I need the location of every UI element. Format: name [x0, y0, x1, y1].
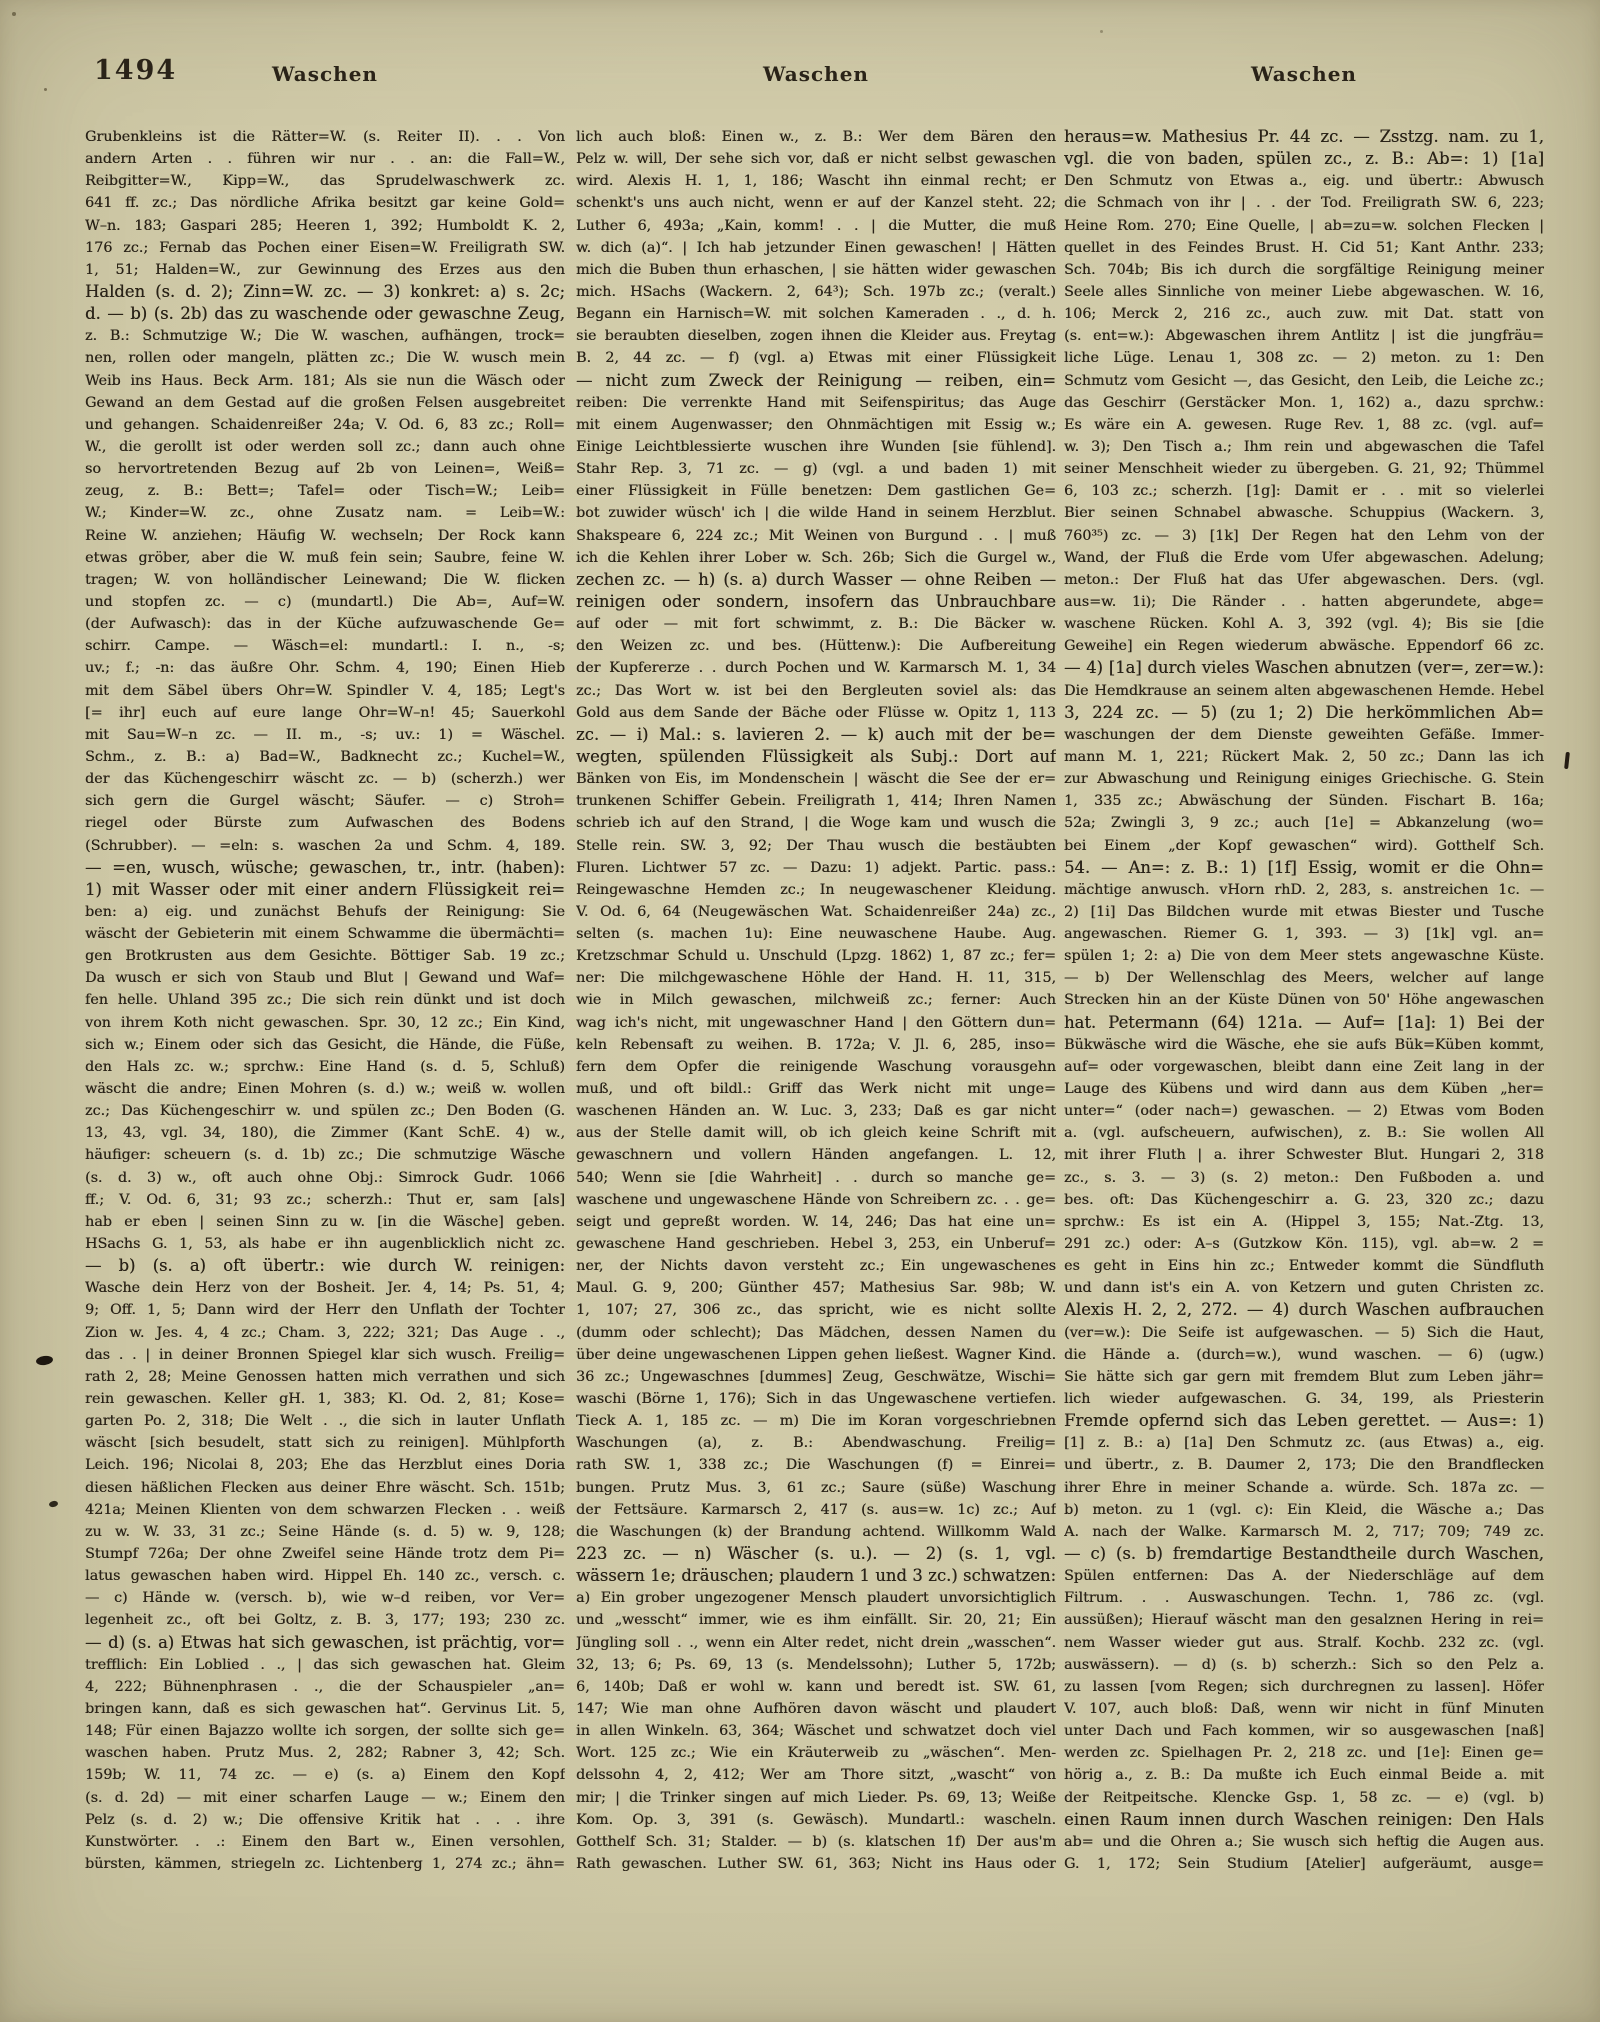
text-line: — d) (s. a) Etwas hat sich gewaschen, is… — [85, 1632, 565, 1654]
text-line: gewaschene Hand geschrieben. Hebel 3, 25… — [576, 1233, 1056, 1255]
text-line: 159b; W. 11, 74 zc. — e) (s. a) Einem de… — [85, 1764, 565, 1786]
text-line: 148; Für einen Bajazzo wollte ich sorgen… — [85, 1720, 565, 1742]
text-line: schirr. Campe. — Wäsch=el: mundartl.: I.… — [85, 635, 565, 657]
text-line: wegten, spülenden Flüssigkeit als Subj.:… — [576, 746, 1056, 768]
text-line: 9; Off. 1, 5; Dann wird der Herr den Unf… — [85, 1299, 565, 1321]
text-line: lich wieder aufgewaschen. G. 34, 199, al… — [1064, 1388, 1544, 1410]
text-line: angewaschen. Riemer G. 1, 393. — 3) [1k]… — [1064, 923, 1544, 945]
text-line: bot zuwider wüsch' ich | die wilde Hand … — [576, 502, 1056, 524]
ink-blot-left-margin — [35, 1355, 53, 1366]
text-line: ab= und die Ohren a.; Sie wusch sich hef… — [1064, 1831, 1544, 1853]
text-line: rath SW. 1, 338 zc.; Die Waschungen (f) … — [576, 1454, 1056, 1476]
paper-speck — [12, 12, 16, 16]
text-line: 223 zc. — n) Wäscher (s. u.). — 2) (s. 1… — [576, 1543, 1056, 1565]
text-line: — nicht zum Zweck der Reinigung — reiben… — [576, 370, 1056, 392]
text-line: Da wusch er sich von Staub und Blut | Ge… — [85, 967, 565, 989]
text-line: Bänken von Eis, im Mondenschein | wäscht… — [576, 768, 1056, 790]
text-line: delssohn 4, 2, 412; Wer am Thore sitzt, … — [576, 1764, 1056, 1786]
text-line: gewaschnern und vollern Händen angefange… — [576, 1144, 1056, 1166]
text-line: mir; | die Trinker singen auf mich Liede… — [576, 1787, 1056, 1809]
text-line: reiben: Die verrenkte Hand mit Seifenspi… — [576, 392, 1056, 414]
text-line: V. 107, auch bloß: Daß, wenn wir nicht i… — [1064, 1698, 1544, 1720]
text-line: 54. — An=: z. B.: 1) [1f] Essig, womit e… — [1064, 857, 1544, 879]
text-line: 421a; Meinen Klienten von dem schwarzen … — [85, 1499, 565, 1521]
text-line: so hervortretenden Bezug auf 2b von Lein… — [85, 458, 565, 480]
text-line: G. 1, 172; Sein Studium [Atelier] aufger… — [1064, 1853, 1544, 1875]
text-line: einen Raum innen durch Waschen reinigen:… — [1064, 1809, 1544, 1831]
text-line: Kom. Op. 3, 391 (s. Gewäsch). Mundartl.:… — [576, 1809, 1056, 1831]
text-line: 52a; Zwingli 3, 9 zc.; auch [1e] = Abkan… — [1064, 812, 1544, 834]
text-line: Pelz w. will, Der sehe sich vor, daß er … — [576, 148, 1056, 170]
text-line: Tieck A. 1, 185 zc. — m) Die im Koran vo… — [576, 1410, 1056, 1432]
text-line: 1, 107; 27, 306 zc., das spricht, wie es… — [576, 1299, 1056, 1321]
text-line: Fluren. Lichtwer 57 zc. — Dazu: 1) adjek… — [576, 857, 1056, 879]
paper-speck — [44, 88, 47, 91]
text-line: W–n. 183; Gaspari 285; Heeren 1, 392; Hu… — [85, 215, 565, 237]
text-line: waschene Rücken. Kohl A. 3, 392 (vgl. 4)… — [1064, 613, 1544, 635]
text-line: legenheit zc., oft bei Goltz, z. B. 3, 1… — [85, 1609, 565, 1631]
text-line: waschungen der dem Dienste geweihten Gef… — [1064, 724, 1544, 746]
text-line: Leich. 196; Nicolai 8, 203; Ehe das Herz… — [85, 1454, 565, 1476]
text-line: Filtrum. . . Auswaschungen. Techn. 1, 78… — [1064, 1587, 1544, 1609]
text-line: — b) (s. a) oft übertr.: wie durch W. re… — [85, 1255, 565, 1277]
text-line: der das Küchengeschirr wäscht zc. — b) (… — [85, 768, 565, 790]
text-line: HSachs G. 1, 53, als habe er ihn augenbl… — [85, 1233, 565, 1255]
text-line: Lauge des Kübens und wird dann aus dem K… — [1064, 1078, 1544, 1100]
text-line: hörig a., z. B.: Da mußte ich Euch einma… — [1064, 1764, 1544, 1786]
text-line: Reingewaschne Hemden zc.; In neugewasche… — [576, 879, 1056, 901]
text-line: 36 zc.; Ungewaschnes [dummes] Zeug, Gesc… — [576, 1366, 1056, 1388]
text-line: ff.; V. Od. 6, 31; 93 zc.; scherzh.: Thu… — [85, 1189, 565, 1211]
text-line: waschene und ungewaschene Hände von Schr… — [576, 1189, 1056, 1211]
text-line: riegel oder Bürste zum Aufwaschen des Bo… — [85, 812, 565, 834]
text-line: lich auch bloß: Einen w., z. B.: Wer dem… — [576, 126, 1056, 148]
text-line: latus gewaschen haben wird. Hippel Eh. 1… — [85, 1565, 565, 1587]
text-line: meton.: Der Fluß hat das Ufer abgewasche… — [1064, 569, 1544, 591]
text-line: 1) mit Wasser oder mit einer andern Flüs… — [85, 879, 565, 901]
text-line: bungen. Prutz Mus. 3, 61 zc.; Saure (süß… — [576, 1477, 1056, 1499]
text-line: Schm., z. B.: a) Bad=W., Badknecht zc.; … — [85, 746, 565, 768]
text-line: Gotthelf Sch. 31; Stalder. — b) (s. klat… — [576, 1831, 1056, 1853]
text-line: 13, 43, vgl. 34, 180), die Zimmer (Kant … — [85, 1122, 565, 1144]
text-line: Sch. 704b; Bis ich durch die sorgfältige… — [1064, 259, 1544, 281]
text-line: andern Arten . . führen wir nur . . an: … — [85, 148, 565, 170]
text-line: zu w. W. 33, 31 zc.; Seine Hände (s. d. … — [85, 1521, 565, 1543]
text-line: Luther 6, 493a; „Kain, komm! . . | die M… — [576, 215, 1056, 237]
text-line: Einige Leichtblessierte wuschen ihre Wun… — [576, 436, 1056, 458]
text-line: mit dem Säbel übers Ohr=W. Spindler V. 4… — [85, 680, 565, 702]
text-line: Heine Rom. 270; Eine Quelle, | ab=zu=w. … — [1064, 215, 1544, 237]
text-line: mich die Buben thun erhaschen, | sie hät… — [576, 259, 1056, 281]
text-line: a) Ein grober ungezogener Mensch plauder… — [576, 1587, 1056, 1609]
text-line: 147; Wie man ohne Aufhören davon wäscht … — [576, 1698, 1056, 1720]
text-line: — =en, wusch, wüsche; gewaschen, tr., in… — [85, 857, 565, 879]
text-line: (s. ent=w.): Abgewaschen ihrem Antlitz |… — [1064, 325, 1544, 347]
text-line: a. (vgl. aufscheuern, aufwischen), z. B.… — [1064, 1122, 1544, 1144]
text-line: Schmutz vom Gesicht —, das Gesicht, den … — [1064, 370, 1544, 392]
text-line: [= ihr] euch auf eure lange Ohr=W–n! 45;… — [85, 702, 565, 724]
text-line: Stelle rein. SW. 3, 92; Der Thau wusch d… — [576, 835, 1056, 857]
text-line: Den Schmutz von Etwas a., eig. und übert… — [1064, 170, 1544, 192]
text-line: häufiger: scheuern (s. d. 1b) zc.; Die s… — [85, 1144, 565, 1166]
text-line: Geweihe] ein Regen wiederum abwäsche. Ep… — [1064, 635, 1544, 657]
text-line: auf oder — mit fort schwimmt, z. B.: Die… — [576, 613, 1056, 635]
text-line: w. 3); Den Tisch a.; Ihm rein und abgewa… — [1064, 436, 1544, 458]
text-line: 6, 103 zc.; scherzh. [1g]: Damit er . . … — [1064, 480, 1544, 502]
text-line: wie in Milch gewaschen, milchweiß zc.; f… — [576, 989, 1056, 1011]
text-line: 2) [1i] Das Bildchen wurde mit etwas Bie… — [1064, 901, 1544, 923]
text-line: das Geschirr (Gerstäcker Mon. 1, 162) a.… — [1064, 392, 1544, 414]
text-line: Shakspeare 6, 224 zc.; Mit Weinen von Bu… — [576, 525, 1056, 547]
text-line: schrieb ich auf den Strand, | die Woge k… — [576, 812, 1056, 834]
text-line: keln Rebensaft zu weihen. B. 172a; V. Jl… — [576, 1034, 1056, 1056]
text-line: Bükwäsche wird die Wäsche, ehe sie aufs … — [1064, 1034, 1544, 1056]
text-line: aus=w. 1i); Die Ränder . . hatten abgeru… — [1064, 591, 1544, 613]
text-line: bürsten, kämmen, striegeln zc. Lichtenbe… — [85, 1853, 565, 1875]
text-line: hat. Petermann (64) 121a. — Auf= [1a]: 1… — [1064, 1012, 1544, 1034]
text-line: aus der Stelle damit will, ob ich gleich… — [576, 1122, 1056, 1144]
text-line: Kretzschmar Schuld u. Unschuld (Lpzg. 18… — [576, 945, 1056, 967]
text-line: 641 ff. zc.; Das nördliche Afrika besitz… — [85, 192, 565, 214]
text-line: trefflich: Ein Loblied . ., | das sich g… — [85, 1654, 565, 1676]
text-line: von ihrem Koth nicht gewaschen. Spr. 30,… — [85, 1012, 565, 1034]
text-line: diesen häßlichen Flecken aus deiner Ehre… — [85, 1477, 565, 1499]
text-line: waschenen Händen an. W. Luc. 3, 233; Daß… — [576, 1100, 1056, 1122]
text-line: w. dich (a)“. | Ich hab jetzunder Einen … — [576, 237, 1056, 259]
text-line: heraus=w. Mathesius Pr. 44 zc. — Zsstzg.… — [1064, 126, 1544, 148]
text-line: 291 zc.) oder: A–s (Gutzkow Kön. 115), v… — [1064, 1233, 1544, 1255]
text-line: — b) Der Wellenschlag des Meers, welcher… — [1064, 967, 1544, 989]
text-line: mit einem Augenwasser; den Ohnmächtigen … — [576, 414, 1056, 436]
text-line: nem Wasser wieder gut aus. Stralf. Kochb… — [1064, 1632, 1544, 1654]
text-line: Wort. 125 zc.; Wie ein Kräuterweib zu „w… — [576, 1742, 1056, 1764]
text-line: z. B.: Schmutzige W.; Die W. waschen, au… — [85, 325, 565, 347]
text-line: Gold aus dem Sande der Bäche oder Flüsse… — [576, 702, 1056, 724]
text-line: (Schrubber). — =eln: s. waschen 2a und S… — [85, 835, 565, 857]
text-line: Spülen entfernen: Das A. der Niederschlä… — [1064, 1565, 1544, 1587]
text-line: zc. — i) Mal.: s. lavieren 2. — k) auch … — [576, 724, 1056, 746]
text-line: und „wesscht“ immer, wie es ihm einfällt… — [576, 1609, 1056, 1631]
text-line: waschen haben. Prutz Mus. 2, 282; Rabner… — [85, 1742, 565, 1764]
text-line: zc.; Das Küchengeschirr w. und spülen zc… — [85, 1100, 565, 1122]
text-line: unter Dach und Fach kommen, wir so ausge… — [1064, 1720, 1544, 1742]
text-line: die Schmach von ihr | . . der Tod. Freil… — [1064, 192, 1544, 214]
text-line: Rath gewaschen. Luther SW. 61, 363; Nich… — [576, 1853, 1056, 1875]
text-line: zc.; Das Wort w. ist bei den Bergleuten … — [576, 680, 1056, 702]
text-line: reinigen oder sondern, insofern das Unbr… — [576, 591, 1056, 613]
text-line: (der Aufwasch): das in der Küche aufzuwa… — [85, 613, 565, 635]
text-line: (s. d. 3) w., oft auch ohne Obj.: Simroc… — [85, 1167, 565, 1189]
text-line: Kunstwörter. . .: Einem den Bart w., Ein… — [85, 1831, 565, 1853]
text-line: sich w.; Einem oder sich das Gesicht, di… — [85, 1034, 565, 1056]
text-line: ner: Die milchgewaschene Höhle der Hand.… — [576, 967, 1056, 989]
text-line: Wand, der Fluß die Erde vom Ufer abgewas… — [1064, 547, 1544, 569]
text-line: sich gern die Gurgel wäscht; Säufer. — c… — [85, 790, 565, 812]
text-column-2: lich auch bloß: Einen w., z. B.: Wer dem… — [576, 126, 1056, 1875]
text-line: den Hals zc. w.; sprchw.: Eine Hand (s. … — [85, 1056, 565, 1078]
text-line: — 4) [1a] durch vieles Waschen abnutzen … — [1064, 657, 1544, 679]
text-line: auf= oder vorgewaschen, bleibt dann eine… — [1064, 1056, 1544, 1078]
text-line: Es wäre ein A. gewesen. Ruge Rev. 1, 88 … — [1064, 414, 1544, 436]
text-line: bes. oft: Das Küchengeschirr a. G. 23, 3… — [1064, 1189, 1544, 1211]
text-line: seiner Menschheit wieder zu übergeben. G… — [1064, 458, 1544, 480]
text-line: zechen zc. — h) (s. a) durch Wasser — oh… — [576, 569, 1056, 591]
text-line: Begann ein Harnisch=W. mit solchen Kamer… — [576, 303, 1056, 325]
text-line: fen helle. Uhland 395 zc.; Die sich rein… — [85, 989, 565, 1011]
text-line: 32, 13; 6; Ps. 69, 13 (s. Mendelssohn); … — [576, 1654, 1056, 1676]
text-line: wag ich's nicht, mit ungewaschner Hand |… — [576, 1012, 1056, 1034]
text-line: 6, 140b; Daß er wohl w. kann und beredt … — [576, 1676, 1056, 1698]
text-line: 1, 335 zc.; Abwäschung der Sünden. Fisch… — [1064, 790, 1544, 812]
ink-blot-left-margin-small — [48, 1500, 58, 1508]
text-line: etwas gröber, aber die W. muß fein sein;… — [85, 547, 565, 569]
text-line: liche Lüge. Lenau 1, 308 zc. — 2) meton.… — [1064, 347, 1544, 369]
text-line: wäscht [sich besudelt, statt sich zu rei… — [85, 1432, 565, 1454]
text-line: B. 2, 44 zc. — f) (vgl. a) Etwas mit ein… — [576, 347, 1056, 369]
text-line: unter=“ (oder nach=) gewaschen. — 2) Etw… — [1064, 1100, 1544, 1122]
paper-speck — [1100, 30, 1103, 33]
text-line: über deine ungewaschenen Lippen gehen li… — [576, 1344, 1056, 1366]
text-line: Reine W. anziehen; Häufig W. wechseln; D… — [85, 525, 565, 547]
text-line: Halden (s. d. 2); Zinn=W. zc. — 3) konkr… — [85, 281, 565, 303]
text-line: Seele alles Sinnliche von meiner Liebe a… — [1064, 281, 1544, 303]
text-line: Waschungen (a), z. B.: Abendwaschung. Fr… — [576, 1432, 1056, 1454]
text-line: zc., s. 3. — 3) (s. 2) meton.: Den Fußbo… — [1064, 1167, 1544, 1189]
text-line: Alexis H. 2, 2, 272. — 4) durch Waschen … — [1064, 1299, 1544, 1321]
text-line: 176 zc.; Fernab das Pochen einer Eisen=W… — [85, 237, 565, 259]
text-line: Fremde opfernd sich das Leben gerettet. … — [1064, 1410, 1544, 1432]
text-line: Wasche dein Herz von der Bosheit. Jer. 4… — [85, 1277, 565, 1299]
text-line: vgl. die von baden, spülen zc., z. B.: A… — [1064, 148, 1544, 170]
running-head-column-3: Waschen — [1064, 62, 1544, 86]
text-line: auswässern). — d) (s. b) scherzh.: Sich … — [1064, 1654, 1544, 1676]
text-column-3: heraus=w. Mathesius Pr. 44 zc. — Zsstzg.… — [1064, 126, 1544, 1875]
text-line: fern dem Opfer die reinigende Waschung v… — [576, 1056, 1056, 1078]
text-line: trunkenen Schiffer Gebein. Freiligrath 1… — [576, 790, 1056, 812]
text-line: Bier seinen Schnabel abwasche. Schuppius… — [1064, 502, 1544, 524]
text-line: in allen Winkeln. 63, 364; Wäschet und s… — [576, 1720, 1056, 1742]
text-line: seigt und gepreßt worden. W. 14, 246; Da… — [576, 1211, 1056, 1233]
text-line: Grubenkleins ist die Rätter=W. (s. Reite… — [85, 126, 565, 148]
text-line: hab er eben | seinen Sinn zu w. [in die … — [85, 1211, 565, 1233]
text-line: aussüßen); Hierauf wäscht man den gesalz… — [1064, 1609, 1544, 1631]
dictionary-page-scan: { "page": { "number": "1494" }, "running… — [0, 0, 1600, 2022]
text-line: der Fettsäure. Karmarsch 2, 417 (s. aus=… — [576, 1499, 1056, 1521]
text-line: bringen kann, daß es sich gewaschen hat“… — [85, 1698, 565, 1720]
text-line: d. — b) (s. 2b) das zu waschende oder ge… — [85, 303, 565, 325]
text-line: zu lassen [vom Regen; sich durchregnen z… — [1064, 1676, 1544, 1698]
text-line: gen Brotkrusten aus dem Gesichte. Böttig… — [85, 945, 565, 967]
text-line: b) meton. zu 1 (vgl. c): Ein Kleid, die … — [1064, 1499, 1544, 1521]
ink-tick-right-margin — [1564, 752, 1570, 769]
text-line: — c) (s. b) fremdartige Bestandtheile du… — [1064, 1543, 1544, 1565]
text-line: bei Einem „der Kopf gewaschen“ wird). Go… — [1064, 835, 1544, 857]
text-line: Maul. G. 9, 200; Günther 457; Mathesius … — [576, 1277, 1056, 1299]
text-line: der Kupfererze . . durch Pochen und W. K… — [576, 657, 1056, 679]
text-line: Pelz (s. d. 2) w.; Die offensive Kritik … — [85, 1809, 565, 1831]
text-line: mann M. 1, 221; Rückert Mak. 2, 50 zc.; … — [1064, 746, 1544, 768]
text-line: die Hände a. (durch=w.), wund waschen. —… — [1064, 1344, 1544, 1366]
text-line: wäscht die andre; Einen Mohren (s. d.) w… — [85, 1078, 565, 1100]
text-line: wird. Alexis H. 1, 1, 186; Wascht ihn ei… — [576, 170, 1056, 192]
text-line: 1, 51; Halden=W., zur Gewinnung des Erze… — [85, 259, 565, 281]
text-line: Reibgitter=W., Kipp=W., das Sprudelwasch… — [85, 170, 565, 192]
text-line: einer Flüssigkeit in Fülle benetzen: Dem… — [576, 480, 1056, 502]
text-line: selten (s. machen 1u): Eine neuwaschene … — [576, 923, 1056, 945]
text-line: sprchw.: Es ist ein A. (Hippel 3, 155; N… — [1064, 1211, 1544, 1233]
text-line: 760³⁵) zc. — 3) [1k] Der Regen hat den L… — [1064, 525, 1544, 547]
text-line: V. Od. 6, 64 (Neugewäschen Wat. Schaiden… — [576, 901, 1056, 923]
text-line: uv.; f.; -n: das äußre Ohr. Schm. 4, 190… — [85, 657, 565, 679]
text-line: A. nach der Walke. Karmarsch M. 2, 717; … — [1064, 1521, 1544, 1543]
text-line: Jüngling soll . ., wenn ein Alter redet,… — [576, 1632, 1056, 1654]
text-line: ich die Kehlen ihrer Lober w. Sch. 26b; … — [576, 547, 1056, 569]
text-line: mit ihrer Fluth | a. ihrer Schwester Blu… — [1064, 1144, 1544, 1166]
text-line: (ver=w.): Die Seife ist aufgewaschen. — … — [1064, 1322, 1544, 1344]
text-line: Strecken hin an der Küste Dünen von 50' … — [1064, 989, 1544, 1011]
text-line: zeug, z. B.: Bett=; Tafel= oder Tisch=W.… — [85, 480, 565, 502]
text-line: quellet in des Feindes Brust. H. Cid 51;… — [1064, 237, 1544, 259]
text-line: 106; Merck 2, 216 zc., auch zuw. mit Dat… — [1064, 303, 1544, 325]
text-line: Stumpf 726a; Der ohne Zweifel seine Händ… — [85, 1543, 565, 1565]
text-line: (s. d. 2d) — mit einer scharfen Lauge — … — [85, 1787, 565, 1809]
text-line: Zion w. Jes. 4, 4 zc.; Cham. 3, 222; 321… — [85, 1322, 565, 1344]
text-line: muß, und oft bildl.: Griff das Werk nich… — [576, 1078, 1056, 1100]
text-line: W.; Kinder=W. zc., ohne Zusatz nam. = Le… — [85, 502, 565, 524]
text-line: ner, der Nichts davon versteht zc.; Ein … — [576, 1255, 1056, 1277]
running-head-column-1: Waschen — [85, 62, 565, 86]
text-line: rath 2, 28; Meine Genossen hatten mich v… — [85, 1366, 565, 1388]
text-line: (dumm oder schlecht); Das Mädchen, desse… — [576, 1322, 1056, 1344]
text-line: 4, 222; Bühnenphrasen . ., die der Schau… — [85, 1676, 565, 1698]
text-line: wässern 1e; dräuschen; plaudern 1 und 3 … — [576, 1565, 1056, 1587]
text-line: und übertr., z. B. Daumer 2, 173; Die de… — [1064, 1454, 1544, 1476]
text-line: ihrer Ehre in meiner Schande a. würde. S… — [1064, 1477, 1544, 1499]
text-line: und gehangen. Schaidenreißer 24a; V. Od.… — [85, 414, 565, 436]
text-line: die Waschungen (k) der Brandung achtend.… — [576, 1521, 1056, 1543]
text-line: den Weizen zc. und bes. (Hüttenw.): Die … — [576, 635, 1056, 657]
text-line: und dann ist's ein A. von Ketzern und gu… — [1064, 1277, 1544, 1299]
text-line: schenkt's uns auch nicht, wenn er auf de… — [576, 192, 1056, 214]
text-line: garten Po. 2, 318; Die Welt . ., die sic… — [85, 1410, 565, 1432]
text-line: mich. HSachs (Wackern. 2, 64³); Sch. 197… — [576, 281, 1056, 303]
text-line: Sie hätte sich gar gern mit fremdem Blut… — [1064, 1366, 1544, 1388]
text-line: rein gewaschen. Keller gH. 1, 383; Kl. O… — [85, 1388, 565, 1410]
text-line: werden zc. Spielhagen Pr. 2, 218 zc. und… — [1064, 1742, 1544, 1764]
text-line: — c) Hände w. (versch. b), wie w–d reibe… — [85, 1587, 565, 1609]
text-line: mächtige anwusch. vHorn rhD. 2, 283, s. … — [1064, 879, 1544, 901]
text-line: der Reitpeitsche. Klencke Gsp. 1, 58 zc.… — [1064, 1787, 1544, 1809]
text-line: zur Abwaschung und Reinigung einiges Gri… — [1064, 768, 1544, 790]
text-line: wäscht der Gebieterin mit einem Schwamme… — [85, 923, 565, 945]
running-head-column-2: Waschen — [576, 62, 1056, 86]
text-line: ben: a) eig. und zunächst Behufs der Rei… — [85, 901, 565, 923]
text-line: 540; Wenn sie [die Wahrheit] . . durch s… — [576, 1167, 1056, 1189]
text-line: nen, rollen oder mangeln, plätten zc.; D… — [85, 347, 565, 369]
text-line: Gewand an dem Gestad auf die großen Fels… — [85, 392, 565, 414]
text-line: [1] z. B.: a) [1a] Den Schmutz zc. (aus … — [1064, 1432, 1544, 1454]
text-line: 3, 224 zc. — 5) (zu 1; 2) Die herkömmlic… — [1064, 702, 1544, 724]
text-line: waschi (Börne 1, 176); Sich in das Ungew… — [576, 1388, 1056, 1410]
text-line: und stopfen zc. — c) (mundartl.) Die Ab=… — [85, 591, 565, 613]
text-line: tragen; W. von holländischer Leinewand; … — [85, 569, 565, 591]
text-line: spülen 1; 2: a) Die von dem Meer stets a… — [1064, 945, 1544, 967]
text-line: das . . | in deiner Bronnen Spiegel klar… — [85, 1344, 565, 1366]
text-line: mit Sau=W–n zc. — II. m., -s; uv.: 1) = … — [85, 724, 565, 746]
text-line: W., die gerollt ist oder werden soll zc.… — [85, 436, 565, 458]
text-column-1: Grubenkleins ist die Rätter=W. (s. Reite… — [85, 126, 565, 1875]
text-line: Stahr Rep. 3, 71 zc. — g) (vgl. a und ba… — [576, 458, 1056, 480]
text-line: sie beraubten dieselben, zogen ihnen die… — [576, 325, 1056, 347]
text-line: Die Hemdkrause an seinem alten abgewasch… — [1064, 680, 1544, 702]
text-line: Weib ins Haus. Beck Arm. 181; Als sie nu… — [85, 370, 565, 392]
text-line: es geht in Eins hin zc.; Entweder kommt … — [1064, 1255, 1544, 1277]
